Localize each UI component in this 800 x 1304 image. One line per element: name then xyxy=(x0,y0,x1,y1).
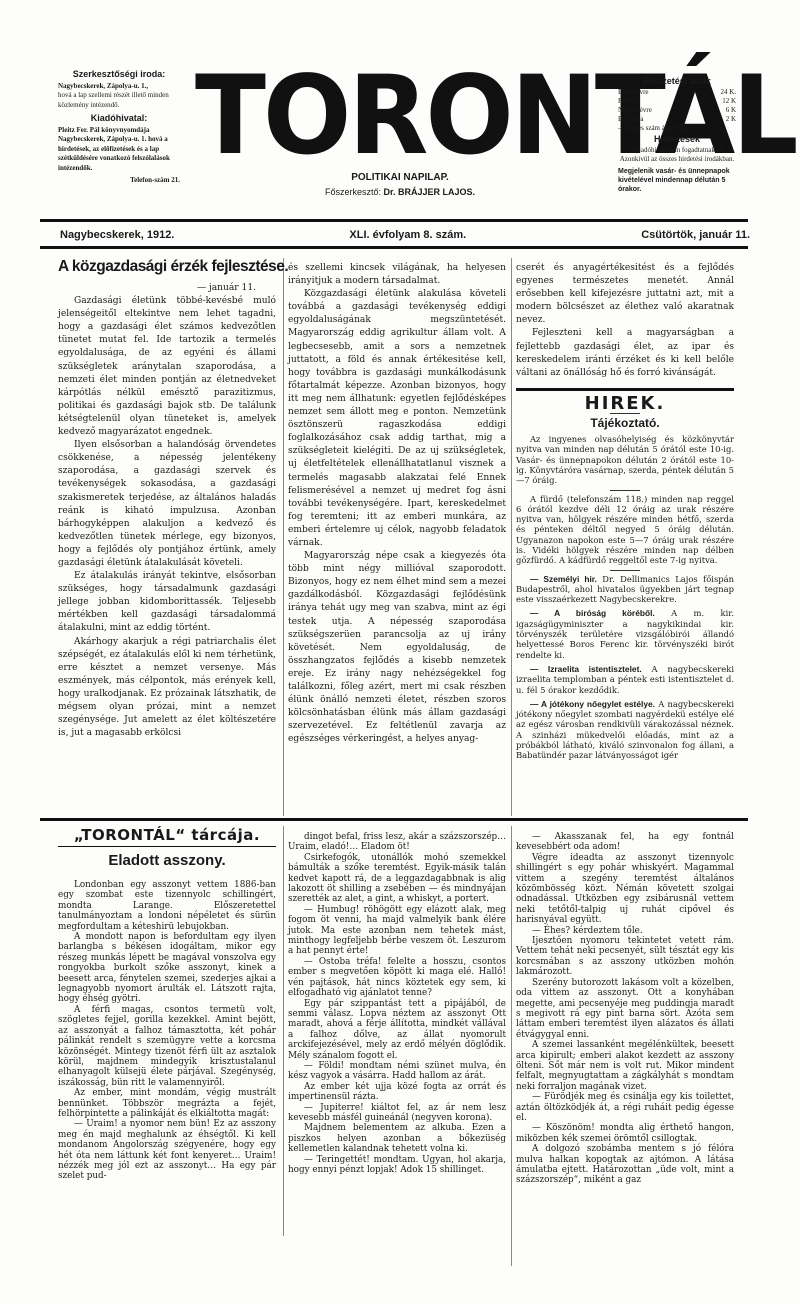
paragraph: — Földi! mondtam némi szünet mulva, én k… xyxy=(288,1061,506,1082)
publisher-text: Pleitz Fer. Pál könyvnyomdája Nagybecske… xyxy=(58,126,180,174)
newspaper-title: TORONTÁL xyxy=(195,66,605,166)
paragraph: A mondott napon is befordultam egy ilyen… xyxy=(58,932,276,1005)
ads-heading: Hirdetések xyxy=(618,135,736,144)
paragraph: — Akasszanak fel, ha egy fontnál keveseb… xyxy=(516,832,734,853)
column-divider xyxy=(511,258,512,816)
price-label: Félévre xyxy=(618,97,639,106)
paragraph: — Uraim! a nyomor nem bün! Ez az asszony… xyxy=(58,1119,276,1181)
paragraph: Fejleszteni kell a magyarságban a fejlet… xyxy=(516,327,734,379)
paragraph: A férfi magas, csontos termetü volt, szö… xyxy=(58,1005,276,1088)
paragraph: Majdnem belementem az alkuba. Ezen a pis… xyxy=(288,1123,506,1154)
paragraph: — Humbug! röhögött egy elázott alak, meg… xyxy=(288,905,506,957)
paragraph: Csirkefogók, utonállók mohó szemekkel bá… xyxy=(288,853,506,905)
issue-date: Csütörtök, január 11. xyxy=(641,229,750,241)
paragraph: Akárhogy akarjuk a régi patriarchalis él… xyxy=(58,636,276,741)
paragraph: A szemei lassanként megélénkültek, beese… xyxy=(516,1040,734,1092)
paragraph: — Jupiterre! kiáltot fel, az ár nem lesz… xyxy=(288,1103,506,1124)
paragraph: Gazdasági életünk többé-kevésbé muló jel… xyxy=(58,295,276,439)
top-rule xyxy=(40,219,748,222)
section-rule xyxy=(516,388,734,391)
publisher-heading: Kiadóhivatal: xyxy=(58,114,180,124)
paragraph: — Fürödjék meg és csinálja egy kis toile… xyxy=(516,1092,734,1123)
news-subtitle: Tájékoztató. xyxy=(516,417,734,430)
column-divider xyxy=(511,826,512,1266)
feuilleton-title-rule xyxy=(58,846,276,847)
paragraph: Ijesztően nyomoru tekintetet vetett rám.… xyxy=(516,936,734,978)
ads-text: a kiadóhivatalban fogadtatnak el. Azonki… xyxy=(618,146,736,164)
paragraph: — Éhes? kérdeztem tőle. xyxy=(516,926,734,936)
feuilleton-col2: dingot befal, friss lesz, akár a százszo… xyxy=(288,832,506,1175)
lead-article-col3: cserét és anyagértékesitést és a fejlődé… xyxy=(516,262,734,765)
price-value: 6 K xyxy=(726,106,736,115)
editorial-office-address: Nagybecskerek, Zápolya-u. 1., xyxy=(58,82,180,92)
price-row: Negyedévre6 K xyxy=(618,106,736,115)
price-value: 2 K xyxy=(726,115,736,124)
paragraph: Szerény butorozott lakásom volt a közelb… xyxy=(516,978,734,1040)
newspaper-subtitle: POLITIKAI NAPILAP. xyxy=(195,172,605,183)
short-rule xyxy=(610,490,640,491)
price-row: Félévre12 K xyxy=(618,97,736,106)
price-label: Negyedévre xyxy=(618,106,652,115)
editorial-office-text: hová a lap szellemi részét illető minden… xyxy=(58,91,180,110)
editor-line: Főszerkesztő: Dr. BRÁJJER LAJOS. xyxy=(195,187,605,197)
news-text: A fürdő (telefonszám 118.) minden nap re… xyxy=(516,494,734,566)
price-row: Egész évre24 K. xyxy=(618,88,736,97)
price-value: 24 K. xyxy=(720,88,736,97)
paragraph: Az ember két ujja közé fogta az orrát és… xyxy=(288,1082,506,1103)
news-item: — A jótékony nőegylet estélye. A nagybec… xyxy=(516,699,734,761)
editor-name: Dr. BRÁJJER LAJOS. xyxy=(384,187,476,197)
news-item: — A biróság köréből. A m. kir. igazságüg… xyxy=(516,608,734,659)
news-items: Az ingyenes olvasóhelyiség és közkönyvtá… xyxy=(516,434,734,761)
paragraph: — Köszönöm! mondta alig érthető hangon, … xyxy=(516,1123,734,1144)
feuilleton-rule xyxy=(40,818,748,821)
news-text: Az ingyenes olvasóhelyiség és közkönyvtá… xyxy=(516,434,734,485)
dateline-rule xyxy=(40,246,748,249)
feuilleton-title: „TORONTÁL“ tárcája. xyxy=(58,826,276,844)
price-value: 12 K xyxy=(722,97,736,106)
news-item: — Izraelita istentisztelet. A nagybecske… xyxy=(516,664,734,695)
subscription-heading: Előfizetési árak: xyxy=(618,77,736,86)
place-year: Nagybecskerek, 1912. xyxy=(60,229,174,241)
subscription-box: Előfizetési árak: Egész évre24 K. Félévr… xyxy=(618,75,736,194)
column-divider xyxy=(283,258,284,816)
news-item: Az ingyenes olvasóhelyiség és közkönyvtá… xyxy=(516,434,734,485)
article-dateline: — január 11. xyxy=(58,282,256,295)
paragraph: Az ember, mint mondám, végig mustrált be… xyxy=(58,1088,276,1119)
dateline: Nagybecskerek, 1912. XLI. évfolyam 8. sz… xyxy=(60,229,750,241)
phone-number: Telefon-szám 21. xyxy=(58,176,180,186)
editor-label: Főszerkesztő: xyxy=(325,187,381,197)
paragraph: Londonban egy asszonyt vettem 1886-ban e… xyxy=(58,880,276,932)
paragraph: Végre ideadta az asszonyt tizennyolc shi… xyxy=(516,853,734,926)
feuilleton-col3: — Akasszanak fel, ha egy fontnál keveseb… xyxy=(516,832,734,1186)
paragraph: Magyarország népe csak a kiegyezés óta t… xyxy=(288,550,506,746)
paragraph: Egy pár szippantást tett a pipájából, de… xyxy=(288,999,506,1061)
news-item: — Személyi hir. Dr. Dellimanics Lajos fő… xyxy=(516,574,734,605)
price-label: Egy hóra xyxy=(618,115,643,124)
news-keyword: — Személyi hir. xyxy=(530,574,597,584)
news-keyword: — Izraelita istentisztelet. xyxy=(530,664,642,674)
column-divider xyxy=(283,826,284,1236)
news-item: A fürdő (telefonszám 118.) minden nap re… xyxy=(516,494,734,566)
news-section-title: HIREK. xyxy=(516,397,734,410)
news-keyword: — A jótékony nőegylet estélye. xyxy=(530,699,655,709)
feuilleton-col1: Londonban egy asszonyt vettem 1886-ban e… xyxy=(58,880,276,1182)
paragraph: és szellemi kincsek világának, ha helyes… xyxy=(288,262,506,288)
news-keyword: — A biróság köréből. xyxy=(530,608,655,618)
lead-headline: A közgazdasági érzék fejlesztése. xyxy=(58,258,276,276)
paragraph: — Ostoba tréfa! felelte a hosszu, csonto… xyxy=(288,957,506,999)
paragraph: cserét és anyagértékesitést és a fejlődé… xyxy=(516,262,734,327)
paragraph: dingot befal, friss lesz, akár a százszo… xyxy=(288,832,506,853)
paragraph: — Teringettét! mondtam. Ugyan, hol akarj… xyxy=(288,1155,506,1176)
volume-issue: XLI. évfolyam 8. szám. xyxy=(349,229,466,241)
story-title: Eladott asszony. xyxy=(58,852,276,869)
publication-schedule: Megjelenik vasár- és ünnepnapok kivételé… xyxy=(618,167,736,194)
paragraph: Közgazdasági életünk alakulása követeli … xyxy=(288,288,506,550)
paragraph: Ez átalakulás irányát tekintve, elsősorb… xyxy=(58,570,276,635)
single-issue-price: — Egyes szám ára 8 fillér. xyxy=(618,124,736,133)
paragraph: A dolgozó szobámba mentem s jó félóra mu… xyxy=(516,1144,734,1186)
lead-article-col1: A közgazdasági érzék fejlesztése. — janu… xyxy=(58,258,276,740)
editorial-office-heading: Szerkesztőségi iroda: xyxy=(58,70,180,80)
editorial-office-box: Szerkesztőségi iroda: Nagybecskerek, Záp… xyxy=(58,70,180,186)
short-rule xyxy=(610,570,640,571)
price-label: Egész évre xyxy=(618,88,649,97)
price-row: Egy hóra2 K xyxy=(618,115,736,124)
paragraph: Ilyen elsősorban a halandóság örvendetes… xyxy=(58,439,276,570)
lead-article-col2: és szellemi kincsek világának, ha helyes… xyxy=(288,262,506,746)
